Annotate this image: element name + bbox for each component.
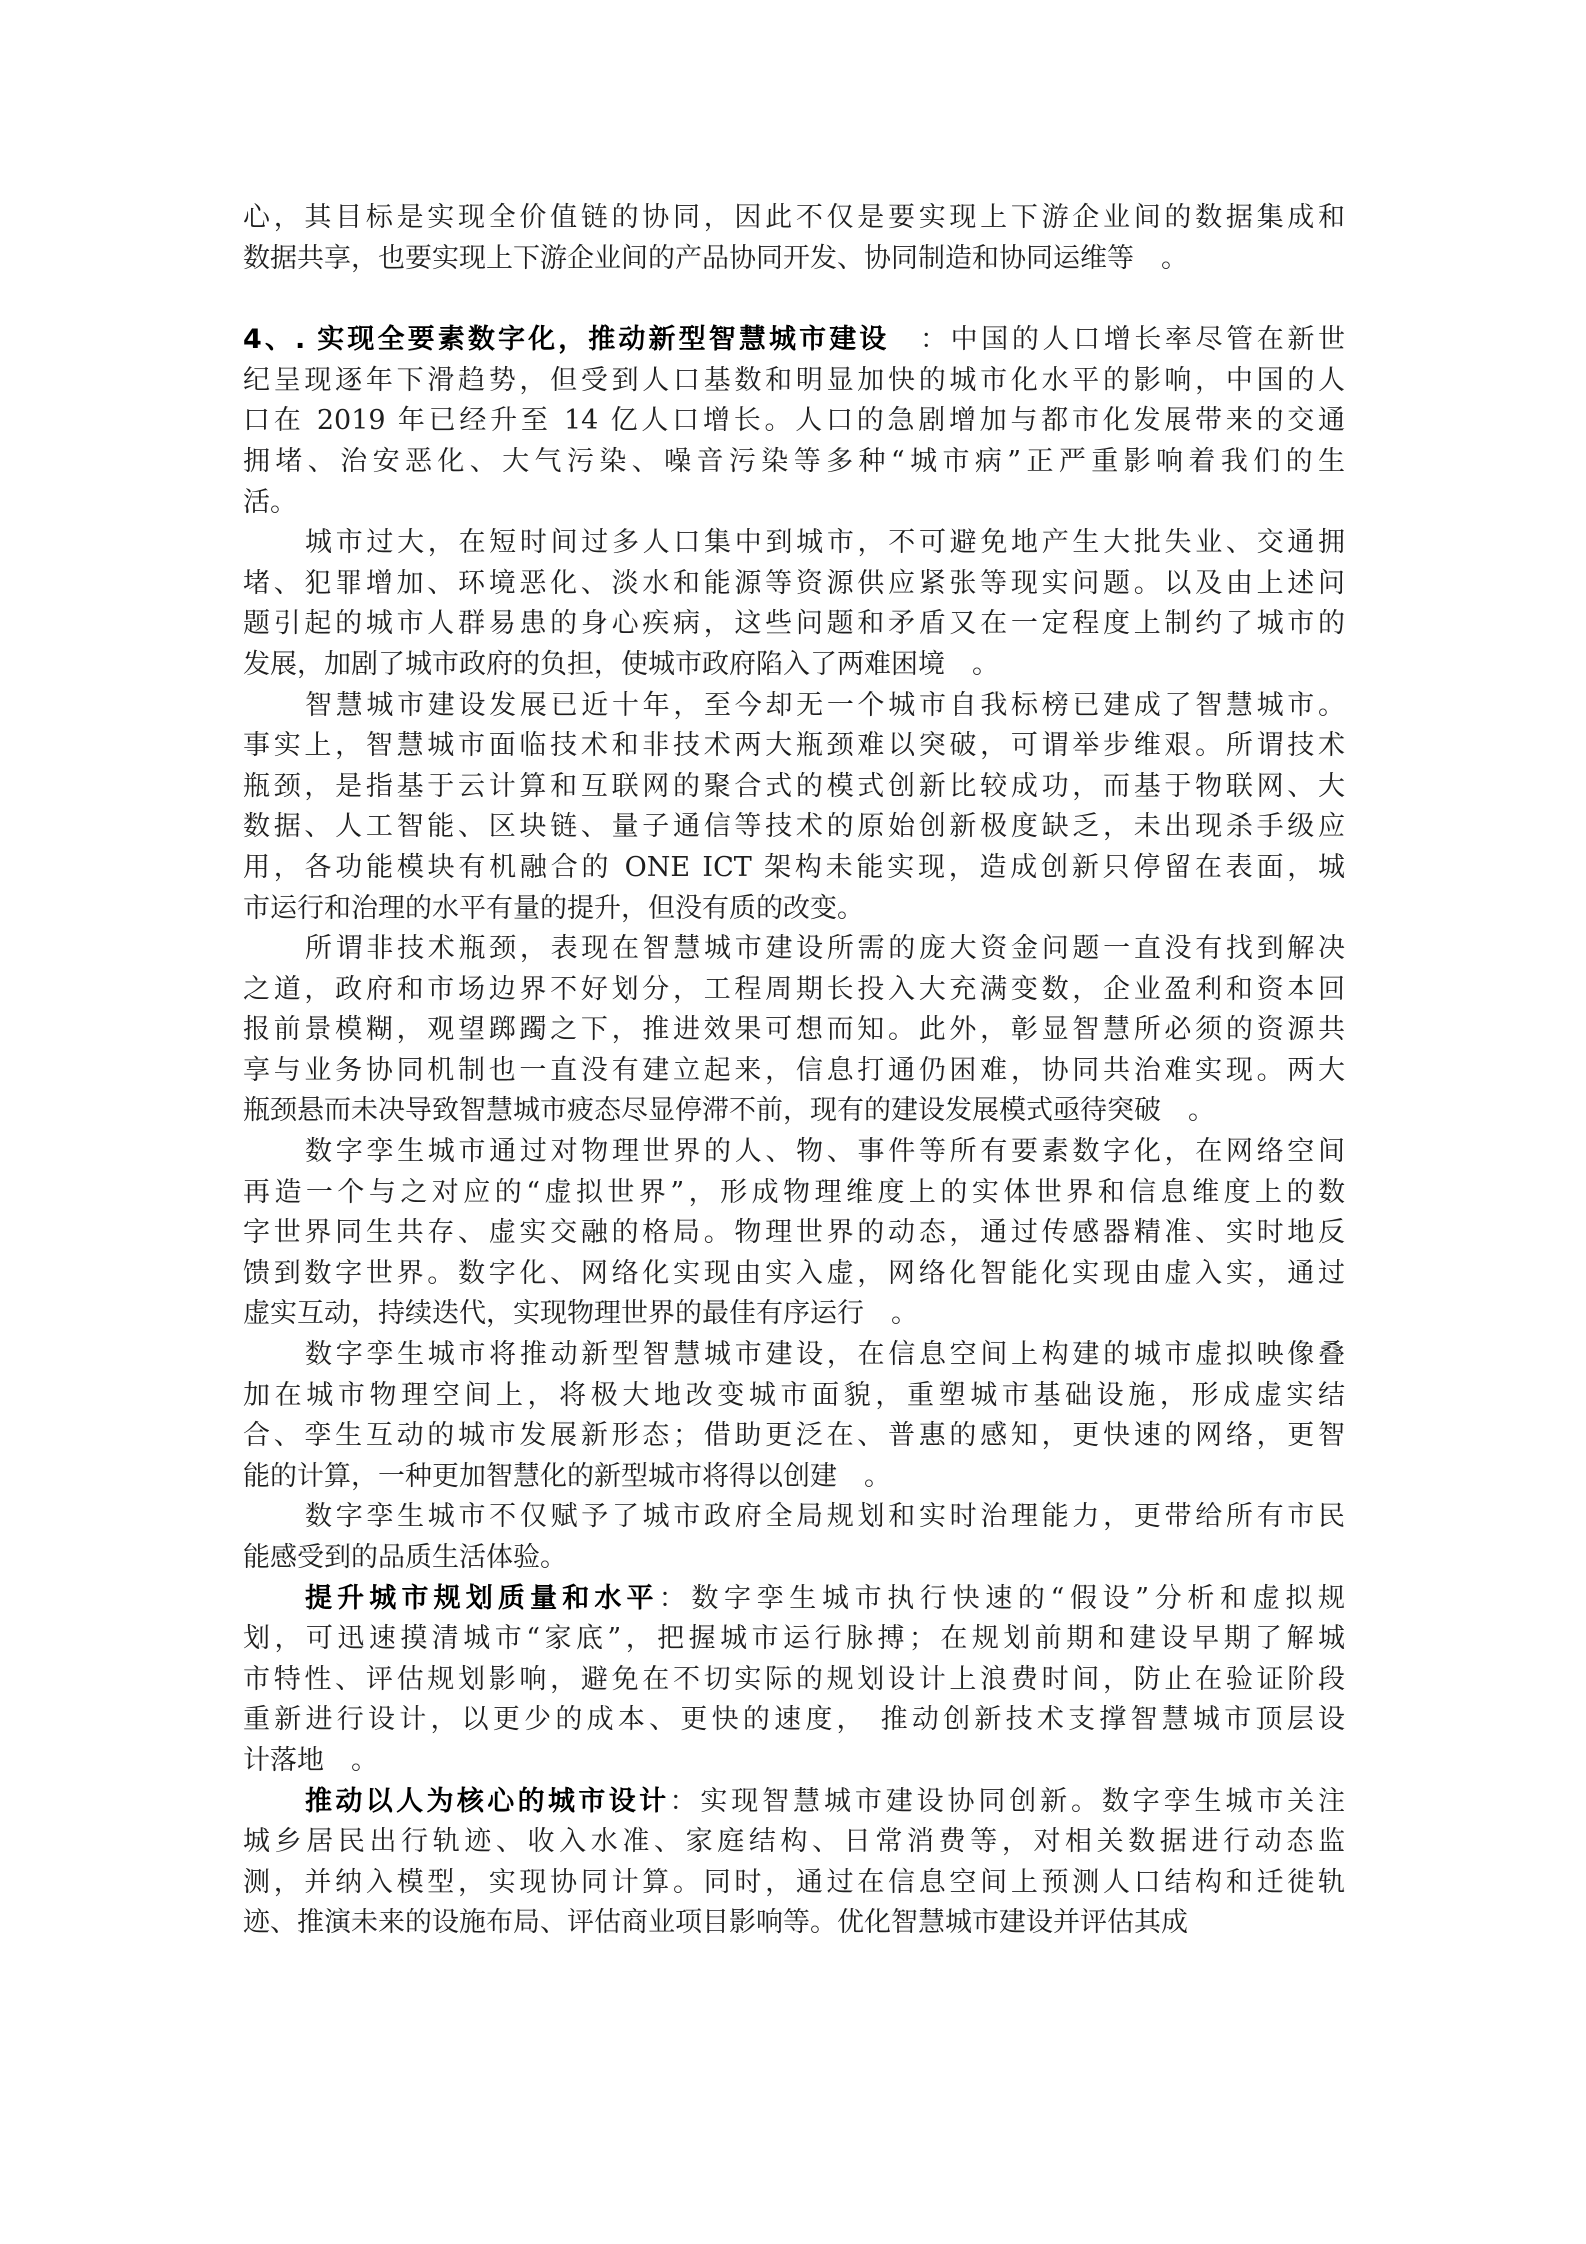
text-line: 心，其目标是实现全价值链的协同，因此不仅是要实现上下游企业间的数据集成和 xyxy=(243,198,1345,239)
text-line: 4、. 实现全要素数字化，推动新型智慧城市建设 ：中国的人口增长率尽管在新世 xyxy=(243,320,1345,361)
document-page: 心，其目标是实现全价值链的协同，因此不仅是要实现上下游企业间的数据集成和 数据共… xyxy=(243,198,1345,1944)
text-line: 口在 2019 年已经升至 14 亿人口增长。人口的急剧增加与都市化发展带来的交… xyxy=(243,401,1345,442)
text-line: 拥堵、治安恶化、大气污染、噪音污染等多种“城市病”正严重影响着我们的生 xyxy=(243,442,1345,483)
text-line: 合、孪生互动的城市发展新形态；借助更泛在、普惠的感知，更快速的网络，更智 xyxy=(243,1416,1345,1457)
text-line: 城乡居民出行轨迹、收入水准、家庭结构、日常消费等，对相关数据进行动态监 xyxy=(243,1822,1345,1863)
text-line: 智慧城市建设发展已近十年，至今却无一个城市自我标榜已建成了智慧城市。 xyxy=(243,686,1345,727)
text-line: 所谓非技术瓶颈，表现在智慧城市建设所需的庞大资金问题一直没有找到解决 xyxy=(243,929,1345,970)
text-line: 城市过大，在短时间过多人口集中到城市，不可避免地产生大批失业、交通拥 xyxy=(243,523,1345,564)
paragraph-continuation: 心，其目标是实现全价值链的协同，因此不仅是要实现上下游企业间的数据集成和 数据共… xyxy=(243,198,1345,279)
text-line: 重新进行设计，以更少的成本、更快的速度， 推动创新技术支撑智慧城市顶层设 xyxy=(243,1700,1345,1741)
paragraph-digital-twin-promotion: 数字孪生城市将推动新型智慧城市建设，在信息空间上构建的城市虚拟映像叠 加在城市物… xyxy=(243,1335,1345,1497)
paragraph-gap xyxy=(243,279,1345,320)
text-line: 能感受到的品质生活体验。 xyxy=(243,1538,1345,1579)
text-line: 报前景模糊，观望踯躅之下，推进效果可想而知。此外，彰显智慧所必须的资源共 xyxy=(243,1010,1345,1051)
text-line: 迹、推演未来的设施布局、评估商业项目影响等。优化智慧城市建设并评估其成 xyxy=(243,1903,1345,1944)
paragraph-smart-city-bottleneck: 智慧城市建设发展已近十年，至今却无一个城市自我标榜已建成了智慧城市。 事实上，智… xyxy=(243,686,1345,930)
paragraph-digital-twin-benefits: 数字孪生城市不仅赋予了城市政府全局规划和实时治理能力，更带给所有市民 能感受到的… xyxy=(243,1497,1345,1578)
paragraph-digital-twin-definition: 数字孪生城市通过对物理世界的人、物、事件等所有要素数字化，在网络空间 再造一个与… xyxy=(243,1132,1345,1335)
section-4-paragraph: 4、. 实现全要素数字化，推动新型智慧城市建设 ：中国的人口增长率尽管在新世 纪… xyxy=(243,320,1345,523)
text-line: 馈到数字世界。数字化、网络化实现由实入虚，网络化智能化实现由虚入实，通过 xyxy=(243,1254,1345,1295)
text-line: 发展，加剧了城市政府的负担，使城市政府陷入了两难困境 。 xyxy=(243,645,1345,686)
text-line: 之道，政府和市场边界不好划分，工程周期长投入大充满变数，企业盈利和资本回 xyxy=(243,970,1345,1011)
text-line: 市特性、评估规划影响，避免在不切实际的规划设计上浪费时间，防止在验证阶段 xyxy=(243,1660,1345,1701)
text-line: 划，可迅速摸清城市“家底”，把握城市运行脉搏；在规划前期和建设早期了解城 xyxy=(243,1619,1345,1660)
text-line: 提升城市规划质量和水平：数字孪生城市执行快速的“假设”分析和虚拟规 xyxy=(243,1579,1345,1620)
text-line: 虚实互动，持续迭代，实现物理世界的最佳有序运行 。 xyxy=(243,1294,1345,1335)
subheading-planning: 提升城市规划质量和水平 xyxy=(305,1583,659,1614)
text-line: 推动以人为核心的城市设计：实现智慧城市建设协同创新。数字孪生城市关注 xyxy=(243,1782,1345,1823)
text-line: 计落地 。 xyxy=(243,1741,1345,1782)
text-line: 纪呈现逐年下滑趋势，但受到人口基数和明显加快的城市化水平的影响，中国的人 xyxy=(243,361,1345,402)
subheading-people-centered: 推动以人为核心的城市设计 xyxy=(305,1786,670,1817)
paragraph-people-centered-design: 推动以人为核心的城市设计：实现智慧城市建设协同创新。数字孪生城市关注 城乡居民出… xyxy=(243,1782,1345,1944)
heading-tail: ：中国的人口增长率尽管在新世 xyxy=(889,324,1345,355)
text-line: 再造一个与之对应的“虚拟世界”，形成物理维度上的实体世界和信息维度上的数 xyxy=(243,1173,1345,1214)
text-line: 数字孪生城市通过对物理世界的人、物、事件等所有要素数字化，在网络空间 xyxy=(243,1132,1345,1173)
text-line: 用，各功能模块有机融合的 ONE ICT 架构未能实现，造成创新只停留在表面，城 xyxy=(243,848,1345,889)
text-line: 瓶颈，是指基于云计算和互联网的聚合式的模式创新比较成功，而基于物联网、大 xyxy=(243,767,1345,808)
text-line: 加在城市物理空间上，将极大地改变城市面貌，重塑城市基础设施，形成虚实结 xyxy=(243,1376,1345,1417)
paragraph-non-tech-bottleneck: 所谓非技术瓶颈，表现在智慧城市建设所需的庞大资金问题一直没有找到解决 之道，政府… xyxy=(243,929,1345,1132)
section-heading: 4、. 实现全要素数字化，推动新型智慧城市建设 xyxy=(243,324,889,355)
text-line: 瓶颈悬而未决导致智慧城市疲态尽显停滞不前，现有的建设发展模式亟待突破 。 xyxy=(243,1091,1345,1132)
subheading-tail: ：数字孪生城市执行快速的“假设”分析和虚拟规 xyxy=(659,1583,1345,1614)
subheading-tail: ：实现智慧城市建设协同创新。数字孪生城市关注 xyxy=(670,1786,1345,1817)
text-line: 测，并纳入模型，实现协同计算。同时，通过在信息空间上预测人口结构和迁徙轨 xyxy=(243,1863,1345,1904)
text-line: 数字孪生城市将推动新型智慧城市建设，在信息空间上构建的城市虚拟映像叠 xyxy=(243,1335,1345,1376)
text-line: 题引起的城市人群易患的身心疾病，这些问题和矛盾又在一定程度上制约了城市的 xyxy=(243,604,1345,645)
text-line: 数字孪生城市不仅赋予了城市政府全局规划和实时治理能力，更带给所有市民 xyxy=(243,1497,1345,1538)
text-line: 能的计算，一种更加智慧化的新型城市将得以创建 。 xyxy=(243,1457,1345,1498)
text-line: 享与业务协同机制也一直没有建立起来，信息打通仍困难，协同共治难实现。两大 xyxy=(243,1051,1345,1092)
text-line: 数据、人工智能、区块链、量子通信等技术的原始创新极度缺乏，未出现杀手级应 xyxy=(243,807,1345,848)
text-line: 活。 xyxy=(243,483,1345,524)
text-line: 堵、犯罪增加、环境恶化、淡水和能源等资源供应紧张等现实问题。以及由上述问 xyxy=(243,564,1345,605)
text-line: 市运行和治理的水平有量的提升，但没有质的改变。 xyxy=(243,889,1345,930)
paragraph-city-oversize: 城市过大，在短时间过多人口集中到城市，不可避免地产生大批失业、交通拥 堵、犯罪增… xyxy=(243,523,1345,685)
text-line: 数据共享，也要实现上下游企业间的产品协同开发、协同制造和协同运维等 。 xyxy=(243,239,1345,280)
paragraph-planning-quality: 提升城市规划质量和水平：数字孪生城市执行快速的“假设”分析和虚拟规 划，可迅速摸… xyxy=(243,1579,1345,1782)
text-line: 字世界同生共存、虚实交融的格局。物理世界的动态，通过传感器精准、实时地反 xyxy=(243,1213,1345,1254)
text-line: 事实上，智慧城市面临技术和非技术两大瓶颈难以突破，可谓举步维艰。所谓技术 xyxy=(243,726,1345,767)
